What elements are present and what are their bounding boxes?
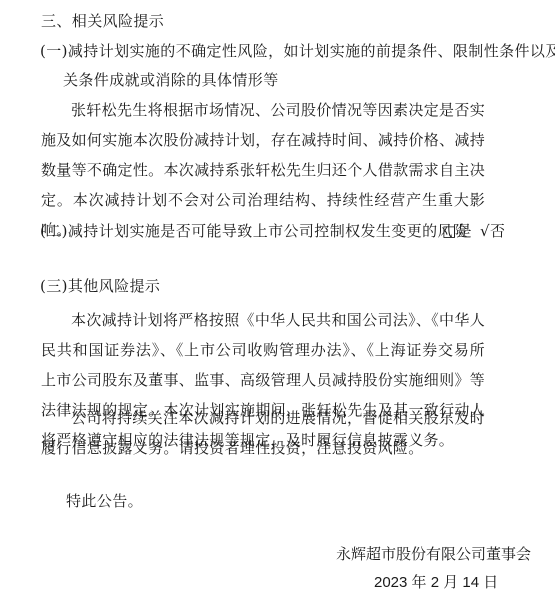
closing-text: 特此公告。: [66, 491, 143, 511]
signature-date: 2023 年 2 月 14 日: [374, 571, 498, 592]
option-no-checkbox: √否: [480, 221, 505, 241]
sub1-title-line1: (一)减持计划实施的不确定性风险，如计划实施的前提条件、限制性条件以及相: [40, 41, 555, 61]
sub1-title-line2: 关条件成就或消除的具体情形等: [63, 70, 279, 90]
section-heading: 三、相关风险提示: [41, 11, 164, 31]
signature-company: 永辉超市股份有限公司董事会: [336, 543, 531, 564]
option-yes-checkbox: □是: [442, 221, 472, 241]
sub2-title: (二)减持计划实施是否可能导致上市公司控制权发生变更的风险: [40, 221, 468, 241]
sub3-body2: 公司将持续关注本次减持计划的进展情况，督促相关股东及时履行信息披露义务。请投资者…: [41, 403, 485, 463]
sub3-title: (三)其他风险提示: [40, 276, 160, 296]
